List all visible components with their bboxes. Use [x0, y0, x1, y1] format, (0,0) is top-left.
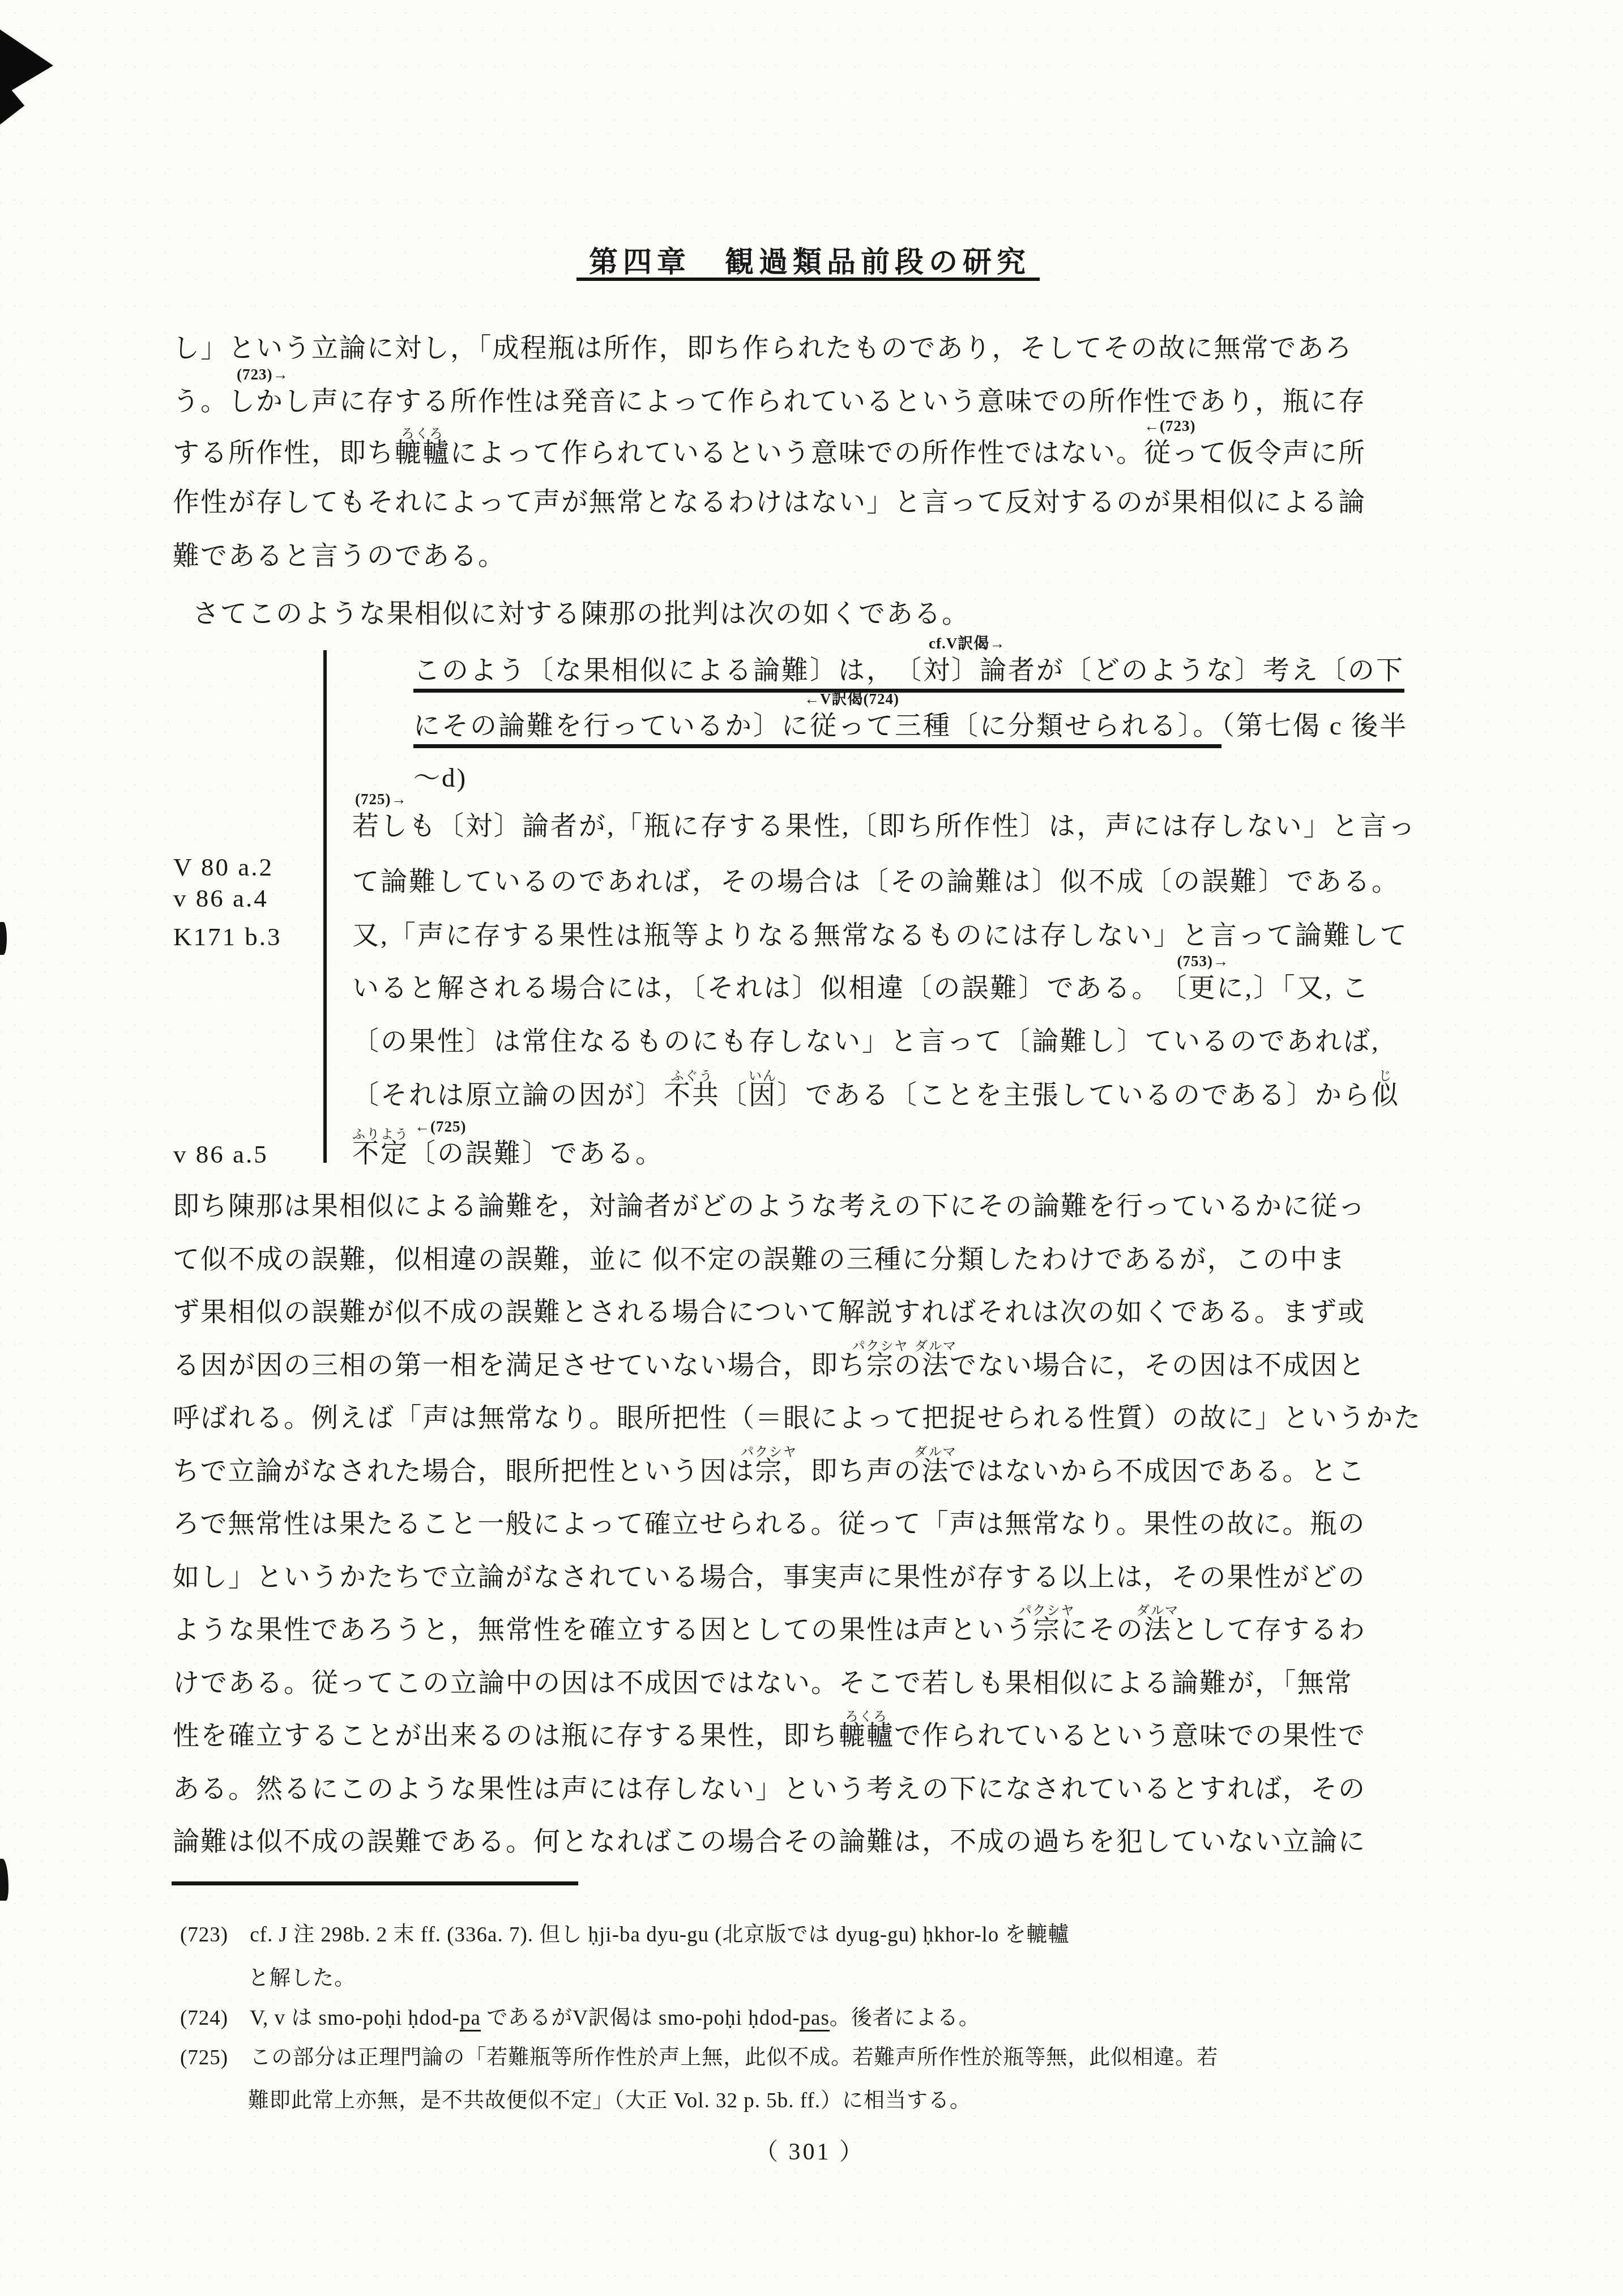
furigana: ダルマ — [1137, 1604, 1179, 1617]
text-segment: ろで無常性は果たること一般によって確立せられる。従って「声は無常なり。果性の故に… — [173, 1509, 1366, 1539]
text-segment: し」という立論に対し，「成程瓶は所作，即ち作られたものであり，そしてその故に無常… — [173, 334, 1353, 363]
margin-ref-label: v 86 a.4 — [173, 884, 268, 913]
ruby-base: 轆轤ろくろ — [839, 1721, 894, 1752]
text-segment: 。後者による。 — [830, 2007, 980, 2030]
text-line: さてこのような果相似に対する陳那の批判は次の如くである。 — [193, 599, 969, 630]
footnote-line: 難即此常上亦無，是不共故便似不定」（大正 Vol. 32 p. 5b. ff.）… — [248, 2089, 971, 2114]
text-segment: にその — [1061, 1615, 1144, 1645]
furigana: パクシヤ — [741, 1445, 797, 1458]
ref-annotation-text: ←V訳偈(724) — [804, 692, 899, 707]
text-segment: 〕である〔ことを主張しているのである〕から — [777, 1081, 1372, 1110]
text-segment: （第七偈 c 後半 — [1221, 711, 1408, 741]
text-segment: 難であると言うのである。 — [173, 541, 506, 571]
text-segment: ある。然るにこのような果性は声には存しない」という考えの下になされているとすれば… — [173, 1774, 1366, 1804]
text-segment: 〜d) — [413, 763, 467, 793]
furigana: じ — [1379, 1069, 1393, 1082]
footnote-line: と解した。 — [248, 1966, 356, 1991]
text-segment: によって作られているという意味での所作性ではない。 — [450, 438, 1144, 468]
ruby-base: 宗パクシヤ — [755, 1456, 783, 1487]
text-segment: ような果性であろうと，無常性を確立する因としての果性は声という — [173, 1615, 1033, 1645]
ref-annotation-text: ←(725) — [415, 1119, 466, 1134]
footnote-line: (724) V, v は smo-poḥi ḥdod-pa であるがV訳偈は s… — [180, 2006, 980, 2031]
furigana: ふりよう — [352, 1128, 409, 1141]
text-segment: として存するわ — [1172, 1615, 1366, 1645]
text-line: ある。然るにこのような果性は声には存しない」という考えの下になされているとすれば… — [173, 1774, 1366, 1805]
quote-line: このよう〔な果相似による論難〕は，cf.V訳偈→〔対〕論者が〔どのような〕考え〔… — [413, 655, 1404, 686]
quote-line: (725)→若しも〔対〕論者が,「瓶に存する果性,〔即ち所作性〕は，声には存しな… — [352, 811, 1417, 842]
underlined-text: にその論難を行っているか〕 — [413, 711, 781, 748]
furigana: パクシヤ — [1019, 1604, 1075, 1617]
text-segment: ，即ち声の — [783, 1457, 922, 1486]
text-segment: て似不成の誤難，似相違の誤難，並に 似不定の誤難の三種に分類したわけであるが，こ… — [173, 1245, 1346, 1274]
quote-line: 不定ふりよう←(725)〔の誤難〕である。 — [352, 1138, 664, 1170]
furigana: いん — [749, 1069, 777, 1082]
text-segment: る因が因の三相の第一相を満足させていない場合，即ち — [173, 1351, 866, 1380]
quote-line: 〜d) — [413, 763, 467, 794]
ref-annotation-text: cf.V訳偈→ — [929, 636, 1005, 651]
ref-annotation-text: (725)→ — [355, 792, 407, 807]
scan-artifact — [0, 922, 7, 955]
quote-line: 〔それは原立論の因が〕不共ふぐう〔因いん〕である〔ことを主張しているのである〕か… — [352, 1080, 1400, 1111]
quote-line: 又,「声に存する果性は瓶等よりなる無常なるものには存しない」と言って論難して — [352, 920, 1408, 951]
text-line: ろで無常性は果たること一般によって確立せられる。従って「声は無常なり。果性の故に… — [173, 1509, 1366, 1540]
text-segment: 如し」というかたちで立論がなされている場合，事実声に果性が存する以上は，その果性… — [173, 1563, 1366, 1592]
page: 第四章 観過類品前段の研究 （ 301 ） し」という立論に対し，「成程瓶は所作… — [0, 0, 1623, 2296]
text-segment: ではないから不成因である。とこ — [950, 1457, 1366, 1486]
quote-line: 〔の果性〕は常住なるものにも存しない」と言って〔論難し〕ているのであれば, — [352, 1026, 1380, 1057]
text-line: 性を確立することが出来るのは瓶に存する果性，即ち轆轤ろくろで作られているという意… — [173, 1721, 1366, 1752]
text-segment: う。 — [173, 387, 228, 416]
underlined-text: pa — [460, 2007, 481, 2032]
furigana: ふぐう — [671, 1069, 714, 1082]
text-line: けである。従ってこの立論中の因は不成因ではない。そこで若しも果相似による論難が，… — [173, 1668, 1353, 1699]
text-segment: ず果相似の誤難が似不成の誤難とされる場合について解説すればそれは次の如くである。… — [173, 1298, 1365, 1327]
text-line: 呼ばれる。例えば「声は無常なり。眼所把性（＝眼によって把捉せられる性質）の故に」… — [173, 1403, 1421, 1434]
quote-left-bar — [323, 650, 327, 1163]
ruby-base: 法ダルマ — [922, 1456, 950, 1487]
furigana: パクシヤ — [852, 1339, 909, 1352]
underlined-text: このよう〔な果相似による論難〕は， — [413, 656, 895, 693]
text-segment: する所作性，即ち — [173, 438, 395, 468]
text-segment: 〔それは原立論の因が〕 — [352, 1081, 664, 1110]
text-segment: (723) cf. J 注 298b. 2 末 ff. (336a. 7). 但… — [180, 1923, 1070, 1947]
text-segment: であるがV訳偈は smo-poḥi ḥdod- — [481, 2007, 800, 2030]
text-segment: 〔更に,〕「又, こ — [1160, 974, 1370, 1003]
text-segment: て論難しているのであれば，その場合は〔その論難は〕似不成〔の誤難〕である。 — [352, 867, 1400, 897]
text-segment: 論難は似不成の誤難である。何となればこの場合その論難は，不成の過ちを犯していない… — [173, 1827, 1366, 1857]
furigana: ろくろ — [845, 1710, 888, 1723]
text-segment: でない場合に，その因は不成因と — [950, 1351, 1366, 1380]
title-underline — [576, 278, 1040, 281]
ruby-base: 法ダルマ — [1144, 1615, 1172, 1646]
ref-annotation-text: (723)→ — [237, 367, 288, 382]
text-segment: (725) この部分は正理門論の「若難瓶等所作性於声上無，此似不成。若難声所作性… — [180, 2046, 1218, 2069]
text-line: ような果性であろうと，無常性を確立する因としての果性は声という宗パクシヤにその法… — [173, 1615, 1366, 1646]
ref-annotation-text: ←(723) — [1144, 419, 1195, 434]
text-line: する所作性，即ち轆轤ろくろによって作られているという意味での所作性ではない。←(… — [173, 438, 1366, 469]
text-line: 難であると言うのである。 — [173, 541, 506, 572]
text-line: 如し」というかたちで立論がなされている場合，事実声に果性が存する以上は，その果性… — [173, 1562, 1366, 1593]
text-segment: 〔の誤難〕である。 — [409, 1139, 664, 1168]
margin-ref-label: v 86 a.5 — [173, 1140, 268, 1169]
footnote-separator — [172, 1881, 578, 1885]
text-segment: しかし声に存する所作性は発音によって作られているという意味での所作性であり，瓶に… — [228, 387, 1366, 416]
text-line: ず果相似の誤難が似不成の誤難とされる場合について解説すればそれは次の如くである。… — [173, 1297, 1365, 1328]
text-segment: 呼ばれる。例えば「声は無常なり。眼所把性（＝眼によって把捉せられる性質）の故に」… — [173, 1403, 1421, 1433]
text-segment: 作性が存してもそれによって声が無常となるわけはない」と言って反対するのが果相似に… — [173, 488, 1366, 517]
text-line: 即ち陳那は果相似による論難を，対論者がどのような考えの下にその論難を行っているか… — [173, 1191, 1366, 1222]
text-segment: ちで立論がなされた場合，眼所把性という因は — [173, 1457, 755, 1486]
ruby-base: 宗パクシヤ — [866, 1350, 894, 1381]
text-segment: 又,「声に存する果性は瓶等よりなる無常なるものには存しない」と言って論難して — [352, 921, 1408, 950]
quote-line: て論難しているのであれば，その場合は〔その論難は〕似不成〔の誤難〕である。 — [352, 867, 1400, 898]
page-number: （ 301 ） — [719, 2133, 900, 2167]
ruby-base: 宗パクシヤ — [1033, 1615, 1061, 1646]
text-line: ちで立論がなされた場合，眼所把性という因は宗パクシヤ，即ち声の法ダルマではないか… — [173, 1456, 1366, 1487]
ref-annotation-text: (753)→ — [1177, 954, 1229, 969]
text-segment: 性を確立することが出来るのは瓶に存する果性，即ち — [173, 1721, 839, 1751]
furigana: ろくろ — [402, 427, 444, 440]
text-line: る因が因の三相の第一相を満足させていない場合，即ち宗パクシヤの法ダルマでない場合… — [173, 1350, 1366, 1381]
text-segment: さてこのような果相似に対する陳那の批判は次の如くである。 — [193, 599, 969, 629]
text-segment: 〔 — [720, 1081, 749, 1110]
underlined-text: 〔対〕論者が〔どのような〕考え〔の下 — [895, 656, 1404, 693]
text-segment: で作られているという意味での果性で — [894, 1721, 1366, 1751]
scan-artifact — [0, 1859, 8, 1901]
ruby-base: 因いん — [749, 1080, 777, 1111]
quote-line: いると解される場合には，〔それは〕似相違〔の誤難〕である。(753)→〔更に,〕… — [352, 973, 1370, 1004]
furigana: ダルマ — [915, 1445, 957, 1458]
text-segment: 〔の果性〕は常住なるものにも存しない」と言って〔論難し〕ているのであれば, — [352, 1027, 1380, 1056]
footnote-line: (723) cf. J 注 298b. 2 末 ff. (336a. 7). 但… — [180, 1923, 1070, 1948]
ruby-base: 似じ — [1372, 1080, 1400, 1111]
text-line: 作性が存してもそれによって声が無常となるわけはない」と言って反対するのが果相似に… — [173, 487, 1366, 518]
furigana: ダルマ — [915, 1339, 957, 1352]
text-segment: 若しも〔対〕論者が,「瓶に存する果性,〔即ち所作性〕は，声には存しない」と言っ — [352, 812, 1417, 841]
text-segment: (724) V, v は smo-poḥi ḥdod- — [180, 2007, 460, 2030]
text-segment: いると解される場合には，〔それは〕似相違〔の誤難〕である。 — [352, 974, 1160, 1003]
margin-ref-label: V 80 a.2 — [173, 852, 274, 882]
text-line: 論難は似不成の誤難である。何となればこの場合その論難は，不成の過ちを犯していない… — [173, 1826, 1366, 1858]
text-segment: と解した。 — [248, 1967, 356, 1990]
chapter-title: 第四章 観過類品前段の研究 — [566, 238, 1053, 280]
text-line: し」という立論に対し，「成程瓶は所作，即ち作られたものであり，そしてその故に無常… — [173, 333, 1353, 364]
ruby-base: 不定ふりよう — [352, 1138, 409, 1170]
footnote-line: (725) この部分は正理門論の「若難瓶等所作性於声上無，此似不成。若難声所作性… — [180, 2046, 1218, 2071]
ruby-base: 轆轤ろくろ — [395, 438, 450, 469]
underlined-text: に従って三種〔に分類せられる〕。 — [781, 711, 1221, 748]
underlined-text: pas — [800, 2007, 829, 2032]
quote-line: にその論難を行っているか〕←V訳偈(724)に従って三種〔に分類せられる〕。（第… — [413, 711, 1408, 742]
ruby-base: 不共ふぐう — [664, 1080, 720, 1111]
text-segment: の — [894, 1351, 922, 1380]
text-segment: けである。従ってこの立論中の因は不成因ではない。そこで若しも果相似による論難が，… — [173, 1668, 1353, 1698]
text-line: て似不成の誤難，似相違の誤難，並に 似不定の誤難の三種に分類したわけであるが，こ… — [173, 1244, 1346, 1275]
text-line: う。(723)→しかし声に存する所作性は発音によって作られているという意味での所… — [173, 386, 1366, 417]
text-segment: 難即此常上亦無，是不共故便似不定」（大正 Vol. 32 p. 5b. ff.）… — [248, 2089, 971, 2113]
margin-ref-label: K171 b.3 — [173, 922, 282, 951]
text-segment: 従って仮令声に所 — [1144, 438, 1366, 468]
ruby-base: 法ダルマ — [922, 1350, 950, 1381]
scan-artifact — [0, 29, 53, 125]
text-segment: 即ち陳那は果相似による論難を，対論者がどのような考えの下にその論難を行っているか… — [173, 1192, 1366, 1221]
